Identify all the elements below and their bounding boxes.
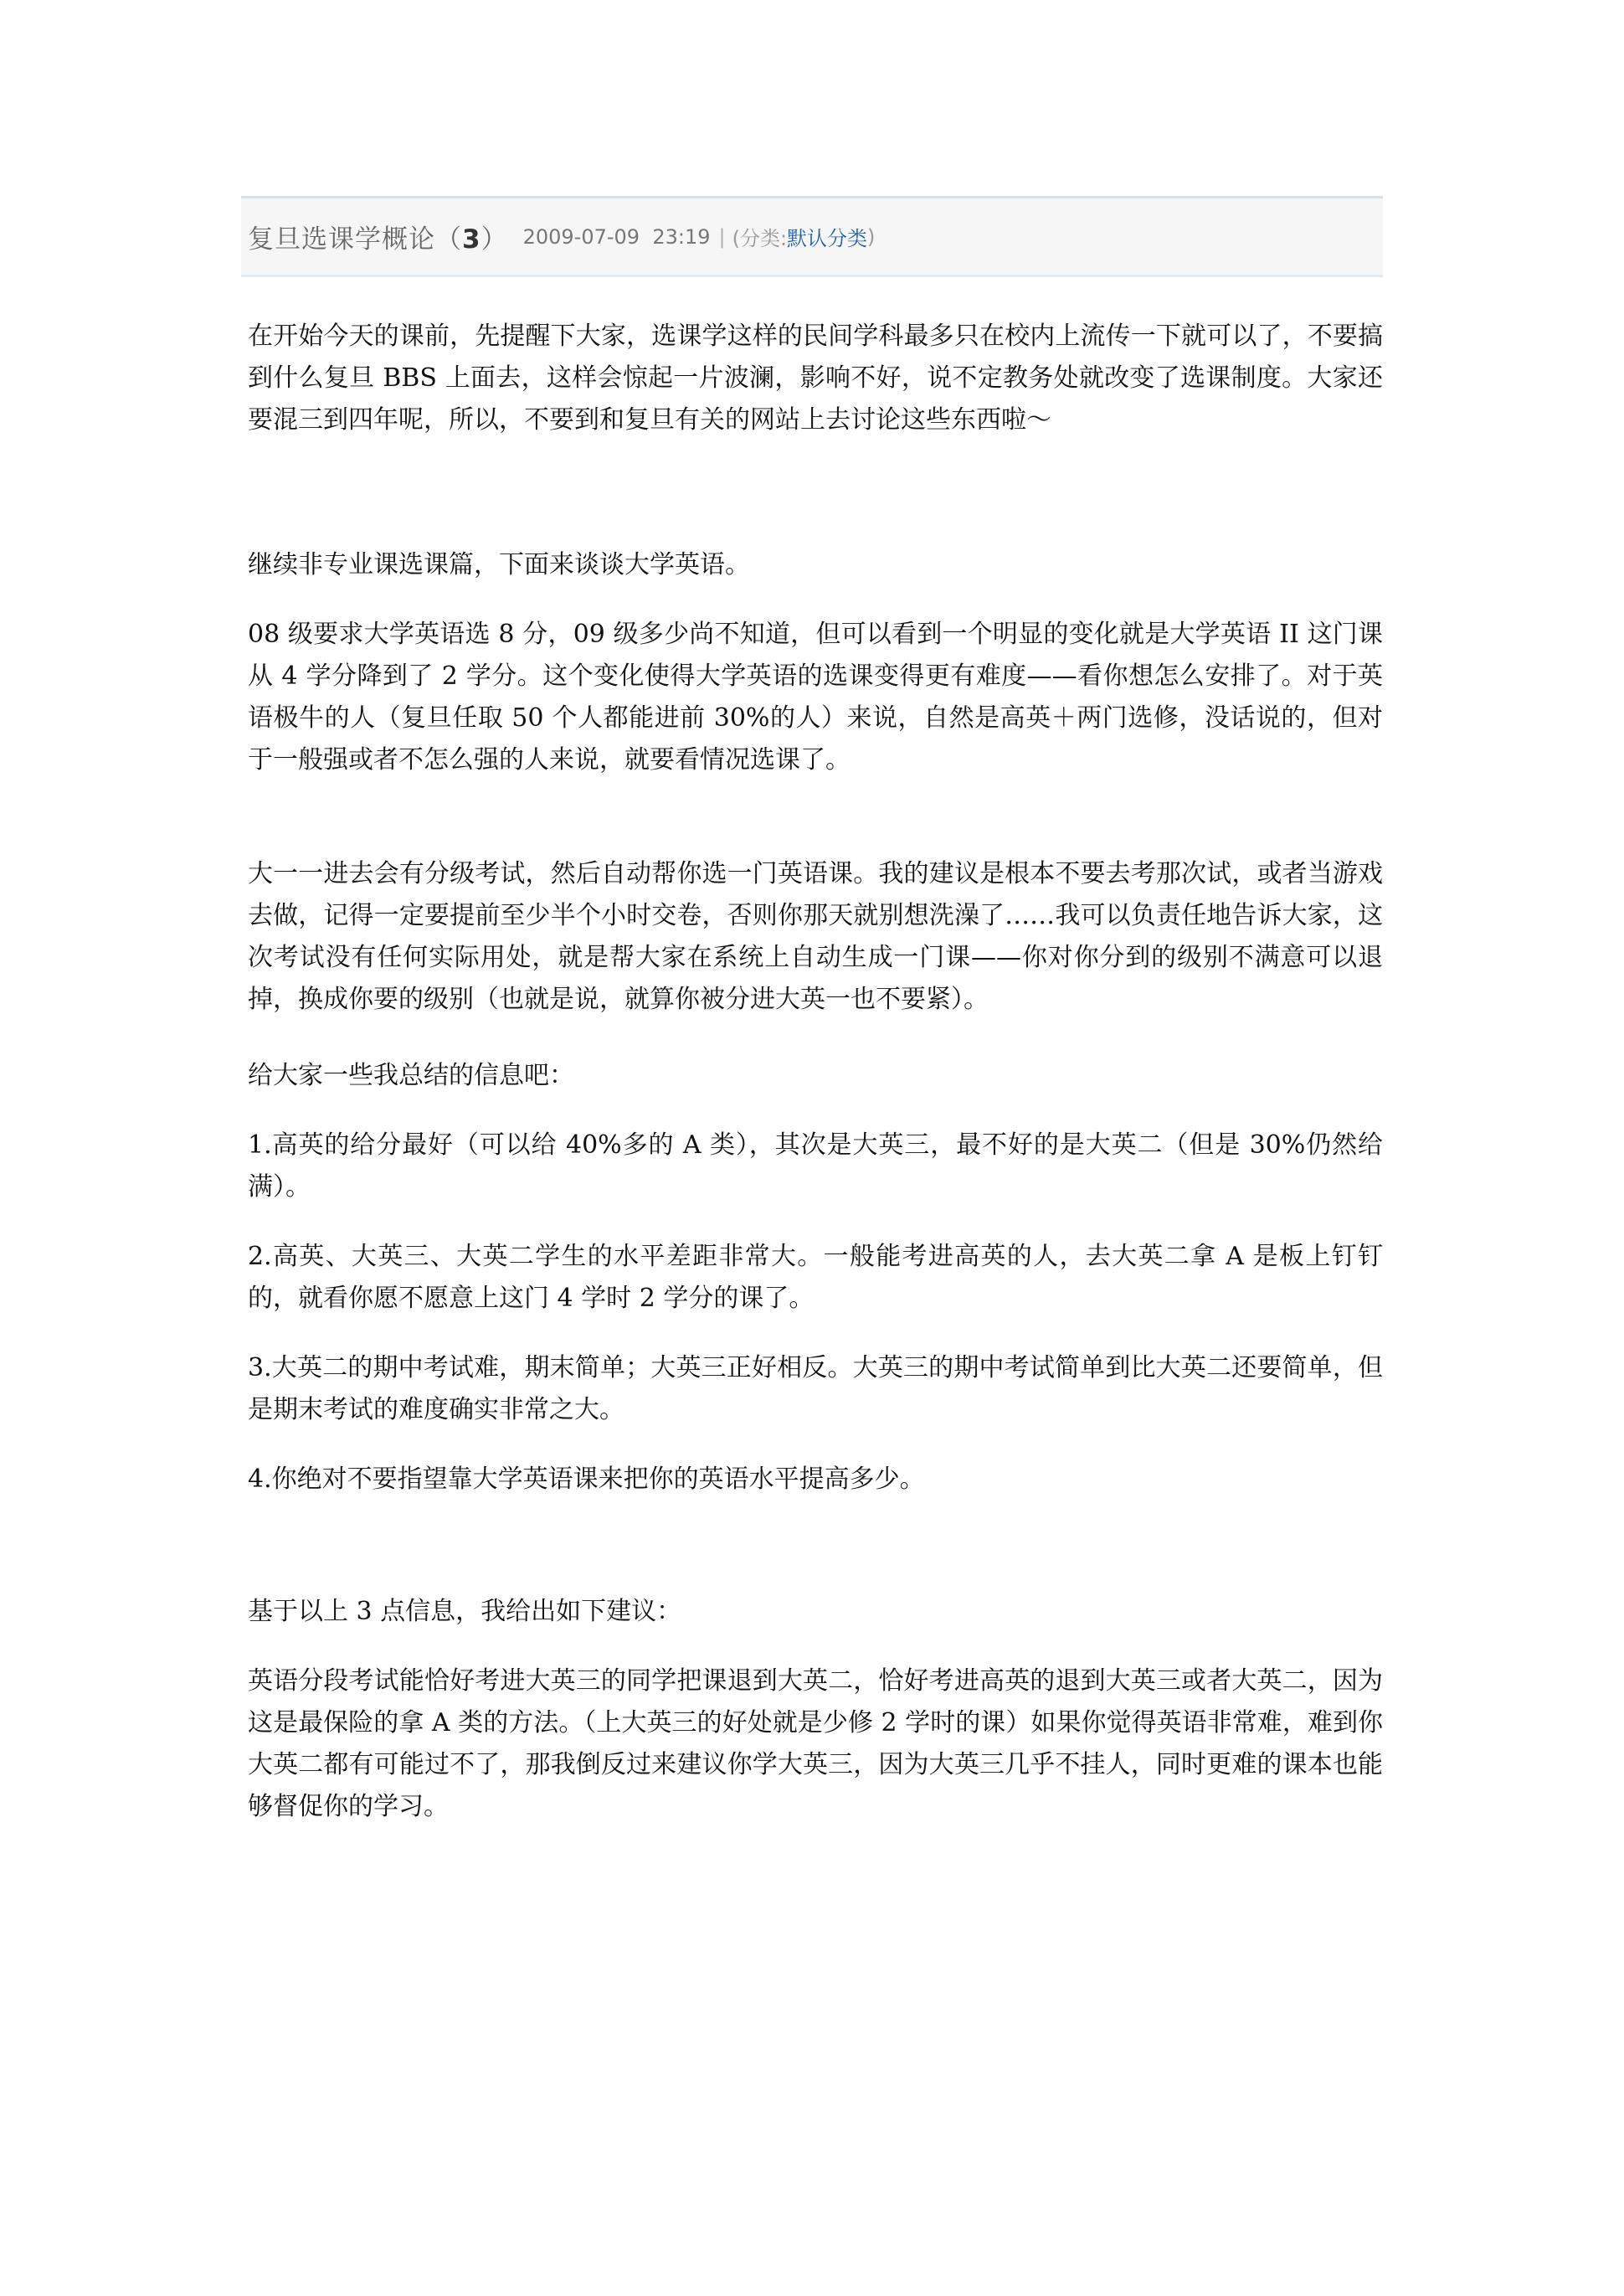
- paragraph-section-intro: 继续非专业课选课篇，下面来谈谈大学英语。: [248, 544, 1383, 586]
- post-meta: 2009-07-09 23:19 | (分类:默认分类): [523, 222, 876, 251]
- article-body: 在开始今天的课前，先提醒下大家，选课学这样的民间学科最多只在校内上流传一下就可以…: [241, 316, 1383, 1828]
- blank-line: [248, 809, 1383, 853]
- list-item-4: 4.你绝对不要指望靠大学英语课来把你的英语水平提高多少。: [248, 1459, 1383, 1501]
- meta-separator: |: [718, 225, 725, 249]
- blank-line: [248, 1528, 1383, 1591]
- paragraph-credit-change: 08 级要求大学英语选 8 分，09 级多少尚不知道，但可以看到一个明显的变化就…: [248, 614, 1383, 781]
- paragraph-intro-warning: 在开始今天的课前，先提醒下大家，选课学这样的民间学科最多只在校内上流传一下就可以…: [248, 316, 1383, 441]
- category-link[interactable]: 默认分类: [787, 222, 867, 251]
- post-title-number: 3: [462, 224, 481, 255]
- list-item-3: 3.大英二的期中考试难，期末简单；大英三正好相反。大英三的期中考试简单到比大英二…: [248, 1347, 1383, 1431]
- post-header: 复旦选课学概论（3） 2009-07-09 23:19 | (分类:默认分类): [241, 196, 1383, 277]
- post-title-suffix: ）: [481, 224, 508, 255]
- category-label-open: (分类:: [732, 222, 787, 251]
- category-label-close: ): [867, 225, 875, 249]
- paragraph-advice-intro: 基于以上 3 点信息，我给出如下建议：: [248, 1591, 1383, 1633]
- blank-line: [248, 469, 1383, 544]
- paragraph-advice: 英语分段考试能恰好考进大英三的同学把课退到大英二，恰好考进高英的退到大英三或者大…: [248, 1660, 1383, 1828]
- blog-post: 复旦选课学概论（3） 2009-07-09 23:19 | (分类:默认分类) …: [241, 196, 1383, 1856]
- paragraph-placement-exam: 大一一进去会有分级考试，然后自动帮你选一门英语课。我的建议是根本不要去考那次试，…: [248, 853, 1383, 1021]
- blank-line: [248, 1048, 1383, 1055]
- post-title: 复旦选课学概论（3）: [248, 218, 508, 255]
- list-item-2: 2.高英、大英三、大英二学生的水平差距非常大。一般能考进高英的人，去大英二拿 A…: [248, 1236, 1383, 1320]
- post-datetime: 2009-07-09 23:19: [523, 225, 711, 249]
- paragraph-summary-intro: 给大家一些我总结的信息吧：: [248, 1055, 1383, 1097]
- list-item-1: 1.高英的给分最好（可以给 40%多的 A 类），其次是大英三，最不好的是大英二…: [248, 1125, 1383, 1208]
- post-title-prefix: 复旦选课学概论（: [248, 224, 462, 255]
